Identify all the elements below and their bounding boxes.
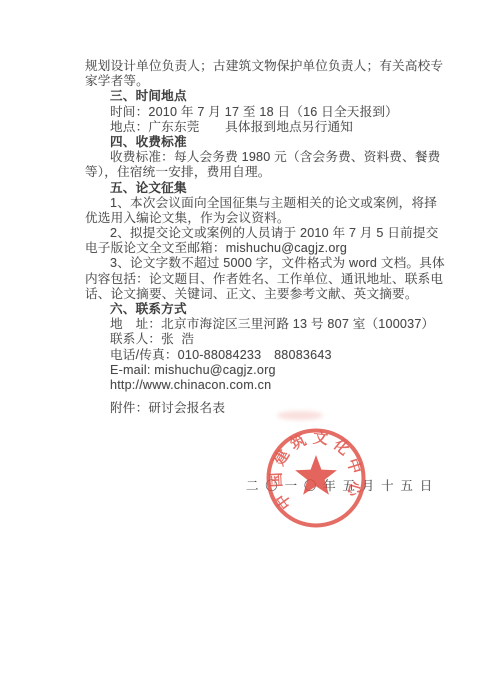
- document-line: 1、本次会议面向全国征集与主题相关的论文或案例，将择: [85, 196, 445, 211]
- section-heading: 三、时间地点: [85, 89, 445, 104]
- document-line: 电子版论文全文至邮箱：mishuchu@cagjz.org: [85, 241, 445, 256]
- document-line: 等），住宿统一安排，费用自理。: [85, 165, 445, 180]
- section-heading: 六、联系方式: [85, 302, 445, 317]
- document-line: 地 址：北京市海淀区三里河路 13 号 807 室（100037）: [85, 317, 445, 332]
- email-line: E-mail: mishuchu@cagjz.org: [85, 363, 445, 378]
- section-heading: 四、收费标准: [85, 135, 445, 150]
- website-line: http://www.chinacon.com.cn: [85, 378, 445, 393]
- document-line: 地点：广东东莞 具体报到地点另行通知: [85, 120, 445, 135]
- star-icon: [295, 455, 337, 495]
- document-line: 2、拟提交论文或案例的人员请于 2010 年 7 月 5 日前提交: [85, 226, 445, 241]
- document-line: 时间：2010 年 7 月 17 至 18 日（16 日全天报到）: [85, 105, 445, 120]
- document-line: 电话/传真：010-88084233 88083643: [85, 348, 445, 363]
- document-body: 规划设计单位负责人；古建筑文物保护单位负责人；有关高校专 家学者等。 三、时间地…: [85, 59, 445, 416]
- document-line: 内容包括：论文题目、作者姓名、工作单位、通讯地址、联系电: [85, 272, 445, 287]
- document-line: 话、论文摘要、关键词、正文、主要参考文献、英文摘要。: [85, 287, 445, 302]
- document-line: 联系人：张 浩: [85, 332, 445, 347]
- document-line: 优选用入编论文集，作为会议资料。: [85, 211, 445, 226]
- document-line: 规划设计单位负责人；古建筑文物保护单位负责人；有关高校专: [85, 59, 445, 74]
- document-page: 规划设计单位负责人；古建筑文物保护单位负责人；有关高校专 家学者等。 三、时间地…: [0, 0, 500, 688]
- document-line: 家学者等。: [85, 74, 445, 89]
- document-line: 收费标准：每人会务费 1980 元（含会务费、资料费、餐费: [85, 150, 445, 165]
- section-heading: 五、论文征集: [85, 181, 445, 196]
- document-line: 3、论文字数不超过 5000 字，文件格式为 word 文档。具体: [85, 256, 445, 271]
- official-seal: 中国建筑文化中心: [246, 408, 386, 548]
